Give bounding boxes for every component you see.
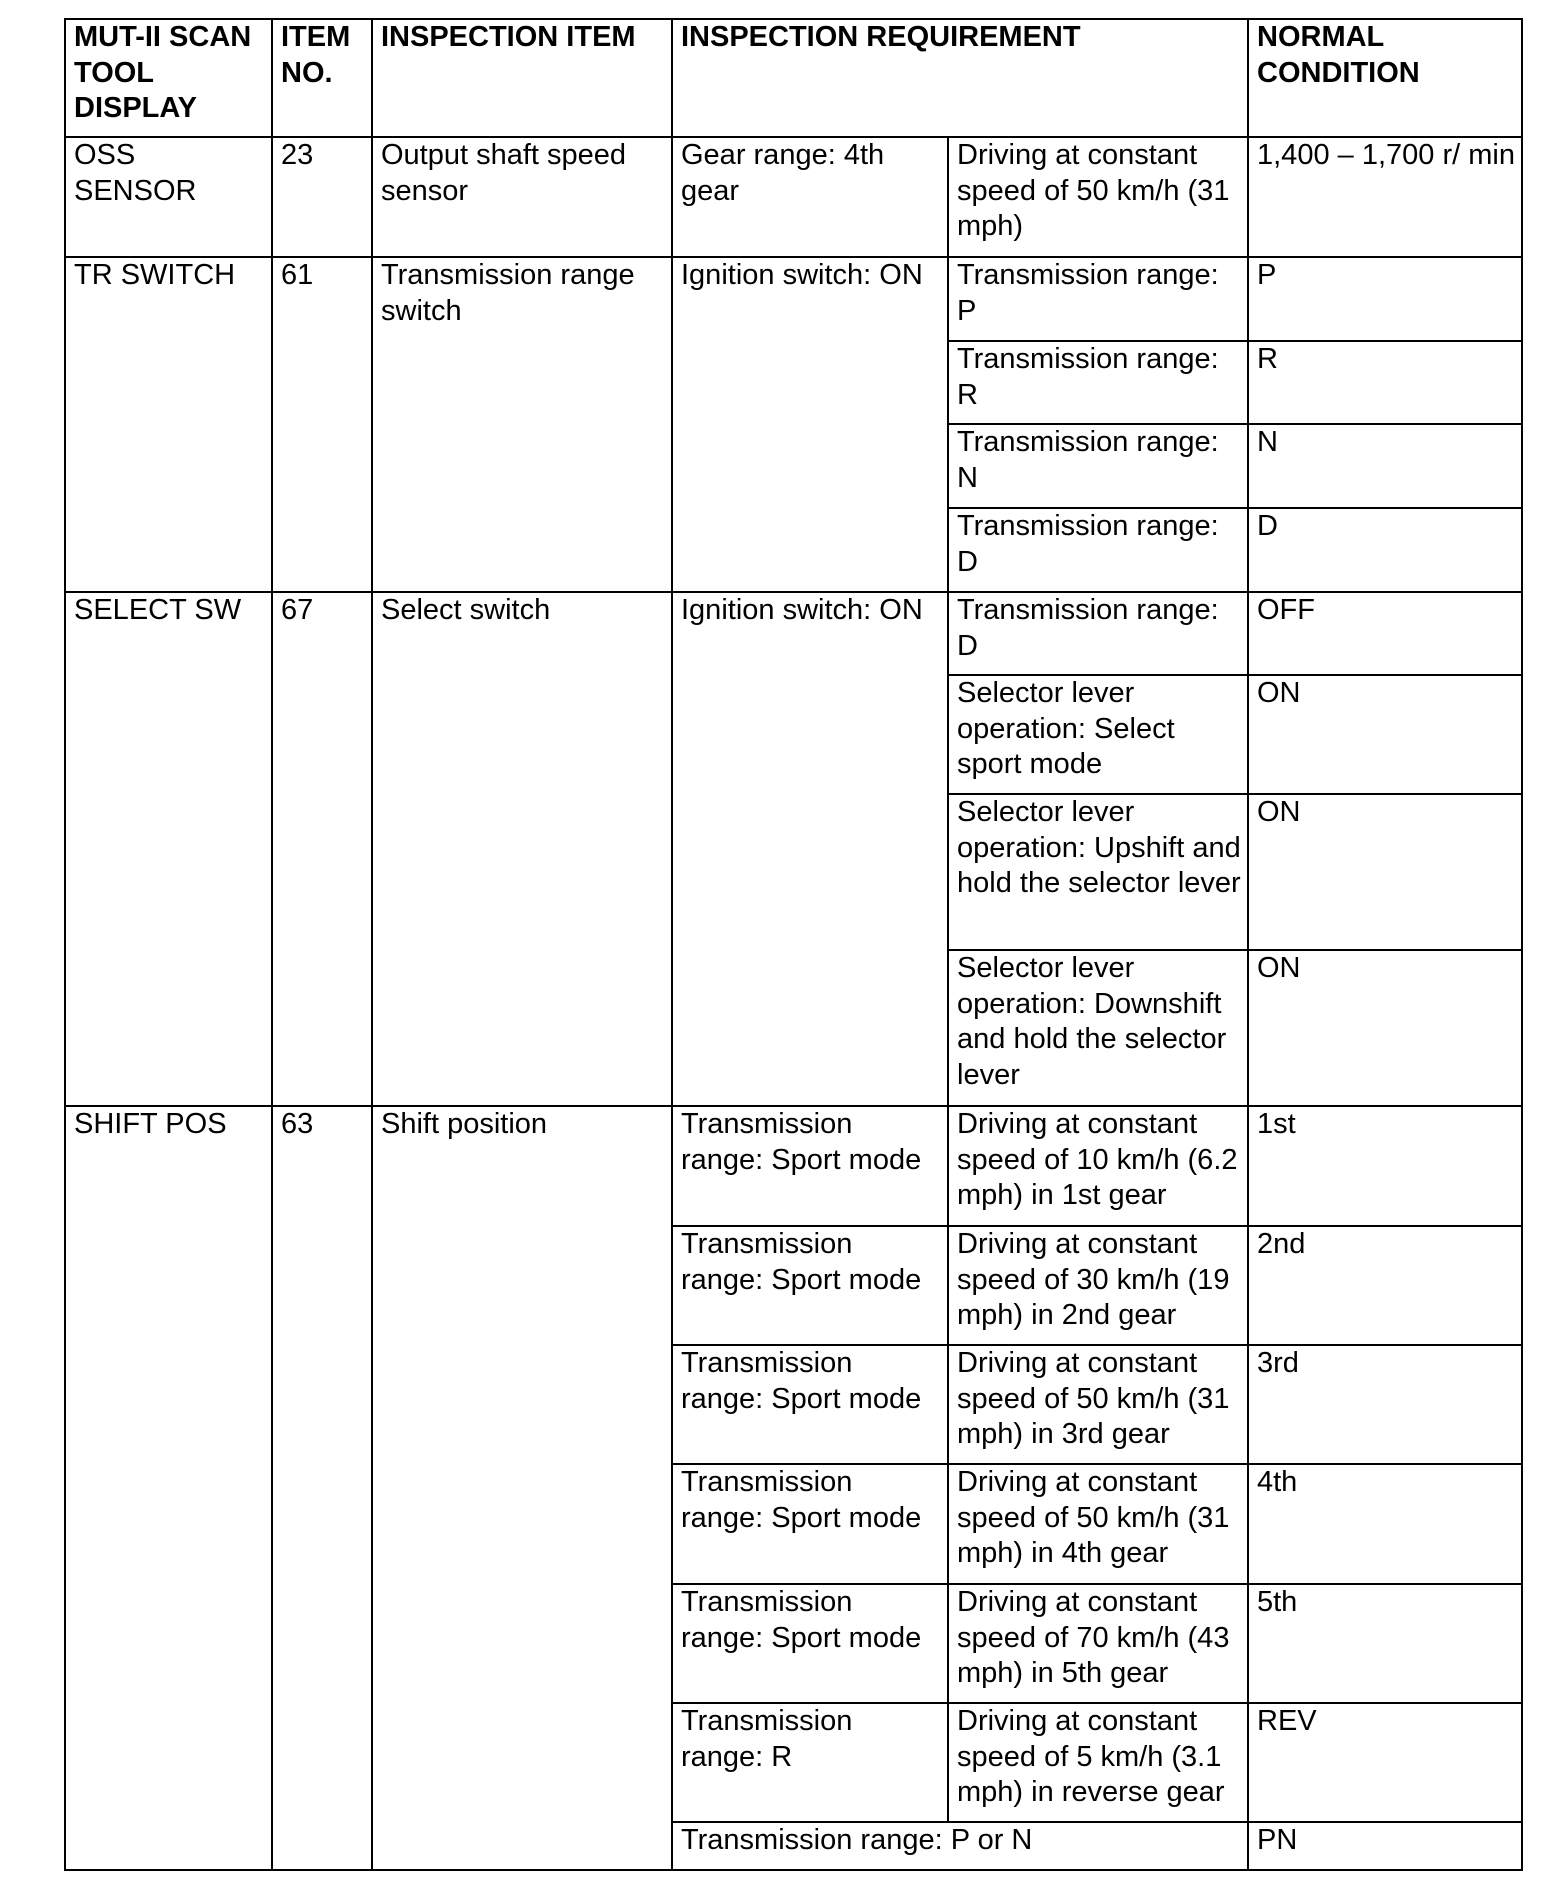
table-row: SHIFT POS63Shift positionTransmission ra… (65, 1106, 1522, 1226)
requirement-condition-cell: Transmission range: Sport mode (672, 1464, 948, 1584)
normal-condition-cell: 4th (1248, 1464, 1522, 1584)
requirement-detail-cell: Driving at constant speed of 50 km/h (31… (948, 137, 1248, 257)
requirement-condition-cell: Ignition switch: ON (672, 257, 948, 592)
item-no-cell: 67 (272, 592, 372, 1106)
scan-tool-display-cell: TR SWITCH (65, 257, 272, 592)
scan-tool-display-cell: SHIFT POS (65, 1106, 272, 1870)
item-no-cell: 61 (272, 257, 372, 592)
requirement-detail-cell: Driving at constant speed of 5 km/h (3.1… (948, 1703, 1248, 1822)
requirement-condition-cell: Transmission range: Sport mode (672, 1226, 948, 1345)
item-no-cell: 63 (272, 1106, 372, 1870)
header-display: MUT-II SCAN TOOL DISPLAY (65, 19, 272, 137)
requirement-detail-cell: Transmission range: N (948, 424, 1248, 508)
normal-condition-cell: P (1248, 257, 1522, 341)
header-row: MUT-II SCAN TOOL DISPLAY ITEM NO. INSPEC… (65, 19, 1522, 137)
normal-condition-cell: D (1248, 508, 1522, 592)
requirement-condition-cell: Transmission range: R (672, 1703, 948, 1822)
requirement-condition-cell: Ignition switch: ON (672, 592, 948, 1106)
requirement-condition-cell: Transmission range: Sport mode (672, 1345, 948, 1464)
requirement-merged-cell: Transmission range: P or N (672, 1822, 1248, 1870)
normal-condition-cell: 5th (1248, 1584, 1522, 1703)
normal-condition-cell: 1st (1248, 1106, 1522, 1226)
requirement-condition-cell: Transmission range: Sport mode (672, 1584, 948, 1703)
normal-condition-cell: 3rd (1248, 1345, 1522, 1464)
requirement-condition-cell: Gear range: 4th gear (672, 137, 948, 257)
inspection-item-cell: Transmission range switch (372, 257, 672, 592)
normal-condition-cell: ON (1248, 675, 1522, 794)
normal-condition-cell: 2nd (1248, 1226, 1522, 1345)
header-inspection-requirement: INSPECTION REQUIREMENT (672, 19, 1248, 137)
scan-tool-display-cell: SELECT SW (65, 592, 272, 1106)
normal-condition-cell: R (1248, 341, 1522, 424)
requirement-detail-cell: Transmission range: D (948, 508, 1248, 592)
requirement-detail-cell: Transmission range: P (948, 257, 1248, 341)
inspection-item-cell: Shift position (372, 1106, 672, 1870)
requirement-condition-cell: Transmission range: Sport mode (672, 1106, 948, 1226)
inspection-item-cell: Output shaft speed sensor (372, 137, 672, 257)
requirement-detail-cell: Transmission range: D (948, 592, 1248, 675)
requirement-detail-cell: Driving at constant speed of 30 km/h (19… (948, 1226, 1248, 1345)
table-row: OSS SENSOR23Output shaft speed sensorGea… (65, 137, 1522, 257)
normal-condition-cell: ON (1248, 794, 1522, 950)
table-row: SELECT SW67Select switchIgnition switch:… (65, 592, 1522, 675)
requirement-detail-cell: Selector lever operation: Select sport m… (948, 675, 1248, 794)
requirement-detail-cell: Selector lever operation: Upshift and ho… (948, 794, 1248, 950)
inspection-item-cell: Select switch (372, 592, 672, 1106)
requirement-detail-cell: Driving at constant speed of 50 km/h (31… (948, 1345, 1248, 1464)
header-inspection-item: INSPECTION ITEM (372, 19, 672, 137)
normal-condition-cell: ON (1248, 950, 1522, 1106)
normal-condition-cell: OFF (1248, 592, 1522, 675)
normal-condition-cell: 1,400 – 1,700 r/ min (1248, 137, 1522, 257)
requirement-detail-cell: Driving at constant speed of 10 km/h (6.… (948, 1106, 1248, 1226)
table-row: TR SWITCH61Transmission range switchIgni… (65, 257, 1522, 341)
requirement-detail-cell: Selector lever operation: Downshift and … (948, 950, 1248, 1106)
normal-condition-cell: REV (1248, 1703, 1522, 1822)
header-normal-condition: NORMAL CONDITION (1248, 19, 1522, 137)
normal-condition-cell: N (1248, 424, 1522, 508)
table-body: OSS SENSOR23Output shaft speed sensorGea… (65, 137, 1522, 1870)
scan-tool-display-cell: OSS SENSOR (65, 137, 272, 257)
header-item-no: ITEM NO. (272, 19, 372, 137)
requirement-detail-cell: Driving at constant speed of 50 km/h (31… (948, 1464, 1248, 1584)
requirement-detail-cell: Transmission range: R (948, 341, 1248, 424)
normal-condition-cell: PN (1248, 1822, 1522, 1870)
item-no-cell: 23 (272, 137, 372, 257)
requirement-detail-cell: Driving at constant speed of 70 km/h (43… (948, 1584, 1248, 1703)
inspection-table: MUT-II SCAN TOOL DISPLAY ITEM NO. INSPEC… (64, 18, 1523, 1871)
